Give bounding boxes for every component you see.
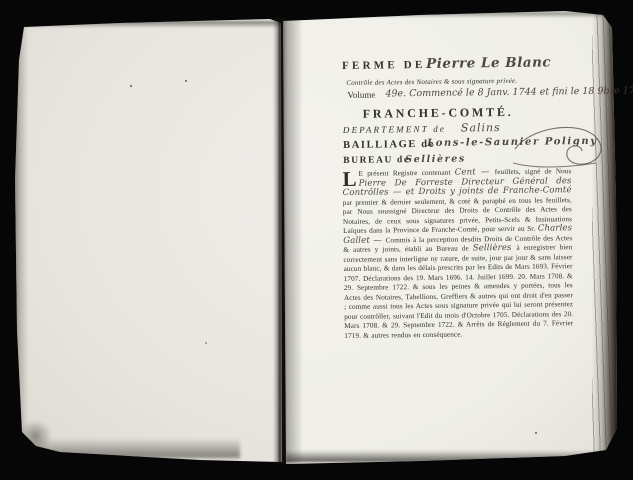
left-page-top-edge: [20, 21, 282, 28]
bureau-line: BUREAU de Sellières: [343, 155, 410, 166]
volume-line: Volume 49e. Commencé le 8 Janv. 1744 et …: [347, 90, 375, 100]
bailliage-label: BAILLIAGE de: [343, 139, 435, 151]
drop-cap: L: [342, 170, 358, 188]
right-page-bottom-edge: [286, 450, 612, 462]
paragraph-segment: à enregistrer bien correctement sans int…: [343, 243, 573, 339]
province-title: FRANCHE-COMTÉ.: [363, 105, 514, 122]
left-page-edge-smudge: [12, 20, 28, 458]
right-page-top-edge: [286, 12, 606, 18]
left-page-bottom-edge: [20, 438, 240, 458]
registre-paragraph: LE présent Registre contenant Cent — feu…: [342, 167, 573, 341]
departement-value-handwritten: Salins: [461, 121, 501, 134]
controle-subtitle: Contrôle des Actes des Notaires & sous s…: [346, 77, 517, 87]
ferme-name-handwritten: Pierre Le Blanc: [426, 54, 551, 72]
volume-label: Volume: [347, 90, 375, 100]
ink-speck: [205, 342, 207, 344]
departement-line: DEPARTEMENT de Salins: [343, 124, 446, 135]
departement-label: DEPARTEMENT de: [343, 124, 446, 135]
bureau-label: BUREAU de: [343, 155, 410, 166]
title-page-text: FERME DE Pierre Le Blanc Contrôle des Ac…: [340, 55, 579, 358]
ink-speck: [535, 432, 537, 434]
bureau-value-handwritten: Sellières: [405, 153, 466, 165]
ferme-label: FERME DE: [342, 59, 425, 72]
gutter-shadow: [283, 18, 303, 464]
ink-speck: [185, 80, 187, 82]
page-edges-texture: [592, 12, 618, 458]
scanned-book-document: FERME DE Pierre Le Blanc Contrôle des Ac…: [0, 0, 633, 480]
ferme-title: FERME DE Pierre Le Blanc: [342, 59, 425, 72]
bailliage-line: BAILLIAGE de Lons-le-Saunier Poligny: [343, 139, 435, 151]
ink-speck: [130, 85, 132, 87]
left-page-corner-smudge: [18, 420, 52, 452]
paragraph-segment-handwritten: Sellières: [473, 243, 517, 254]
paraph-flourish-icon: [512, 122, 616, 180]
